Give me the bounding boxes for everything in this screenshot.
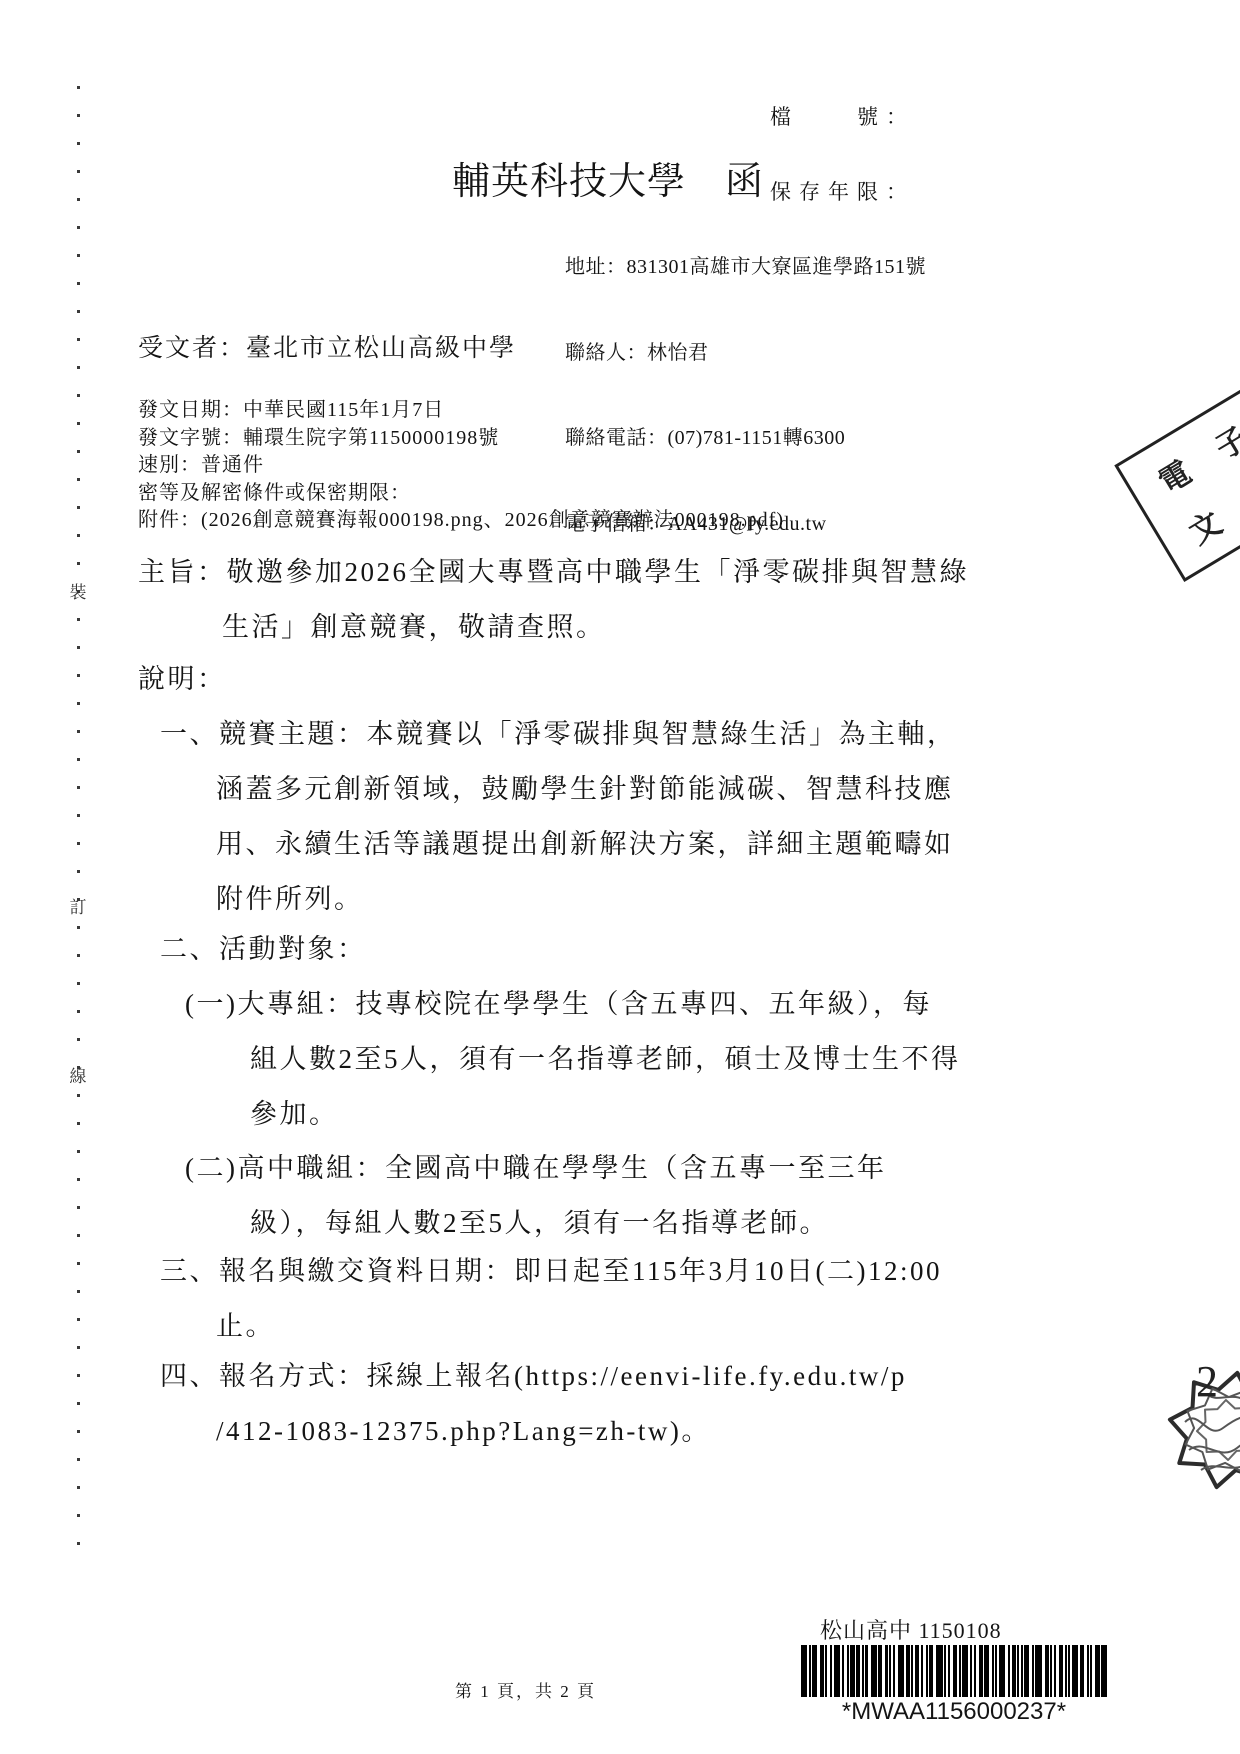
item-2-2-line-2: 級），每組人數2至5人，須有一名指導老師。	[250, 1207, 829, 1239]
subject-line-1: 主旨：敬邀參加2026全國大專暨高中職學生「淨零碳排與智慧綠	[138, 556, 969, 588]
issue-number-line: 發文字號：輔環生院字第1150000198號	[138, 421, 499, 450]
subject-line-2: 生活」創意競賽，敬請查照。	[222, 611, 606, 643]
barcode	[801, 1645, 1108, 1697]
sender-address: 地址：831301高雄市大寮區進學路151號	[565, 253, 926, 282]
stamp-char-2: 子	[1205, 413, 1240, 468]
document-page: 裝 訂 線 檔 號： 保存年限： 輔英科技大學 函 地址：831301高雄市大寮…	[0, 0, 1240, 1754]
item-1-line-2: 涵蓋多元創新領域，鼓勵學生針對節能減碳、智慧科技應	[216, 773, 954, 805]
explanation-heading: 說明：	[138, 663, 227, 695]
item-2-1-line-3: 參加。	[250, 1098, 339, 1130]
item-3-line-2: 止。	[216, 1310, 275, 1342]
item-1-line-1: 一、競賽主題：本競賽以「淨零碳排與智慧綠生活」為主軸，	[160, 718, 957, 750]
barcode-text: *MWAA1156000237*	[796, 1698, 1112, 1726]
item-2-1-line-2: 組人數2至5人，須有一名指導老師，碩士及博士生不得	[250, 1043, 961, 1075]
page-number-info: 第 1 頁，共 2 頁	[455, 1677, 596, 1702]
issue-date-line: 發文日期：中華民國115年1月7日	[138, 393, 444, 422]
binding-mark-xian: 線	[63, 1062, 93, 1087]
item-3-line-1: 三、報名與繳交資料日期：即日起至115年3月10日(二)12:00	[160, 1255, 942, 1287]
file-number-label: 檔 號：	[770, 105, 915, 130]
electronic-exchange-stamp: 電 子 文 騎	[1114, 384, 1240, 582]
attachments-line: 附件：(2026創意競賽海報000198.png、2026創意競賽辦法00019…	[138, 503, 784, 532]
recipient-line: 受文者：臺北市立松山高級中學	[138, 328, 516, 364]
item-2-heading: 二、活動對象：	[160, 933, 367, 965]
binding-mark-zhuang: 裝	[63, 578, 93, 603]
sender-contact-person: 聯絡人：林怡君	[565, 339, 926, 368]
sender-info-block: 地址：831301高雄市大寮區進學路151號 聯絡人：林怡君 聯絡電話：(07)…	[565, 196, 926, 595]
binding-mark-ding: 訂	[63, 893, 93, 918]
sender-phone: 聯絡電話：(07)781-1151轉6300	[565, 424, 926, 453]
item-1-line-4: 附件所列。	[216, 883, 364, 915]
stamp-char-4: 騎	[1236, 464, 1240, 519]
stamp-char-3: 文	[1179, 498, 1229, 553]
item-2-1-line-1: (一)大專組：技專校院在學學生（含五專四、五年級），每	[185, 988, 932, 1020]
stamp-char-1: 電	[1149, 447, 1199, 502]
binding-dotted-line	[77, 86, 80, 1546]
speed-class-line: 速別：普通件	[138, 448, 264, 477]
item-4-line-2: /412-1083-12375.php?Lang=zh-tw)。	[216, 1415, 711, 1447]
secrecy-line: 密等及解密條件或保密期限：	[138, 476, 411, 505]
star-seal-number: 2	[1196, 1356, 1218, 1407]
item-1-line-3: 用、永續生活等議題提出創新解決方案，詳細主題範疇如	[216, 828, 954, 860]
barcode-gap	[1107, 1645, 1108, 1697]
item-4-line-1: 四、報名方式：採線上報名(https://eenvi-life.fy.edu.t…	[160, 1360, 907, 1392]
recipient-ref-code: 松山高中 1150108	[820, 1614, 1002, 1645]
item-2-2-line-1: (二)高中職組：全國高中職在學學生（含五專一至三年	[185, 1152, 886, 1184]
